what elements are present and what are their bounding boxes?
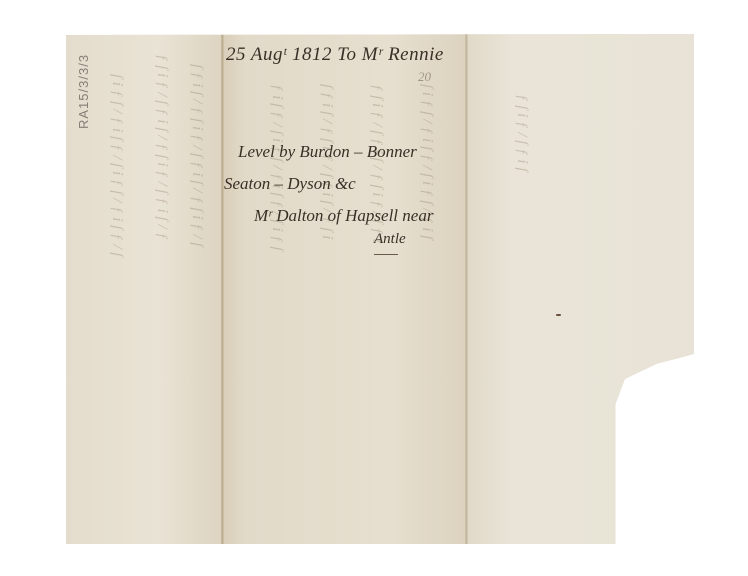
docket-note-line: Level by Burdon – Bonner [238, 142, 417, 162]
fold-crease-left [221, 34, 224, 544]
docket-heading: 25 Augᵗ 1812 To Mʳ Rennie [226, 44, 444, 66]
folio-number: 20 [418, 69, 431, 85]
right-fold-panel [466, 34, 694, 544]
docket-note-line: Mʳ Dalton of Hapsell near [254, 206, 433, 226]
underline-mark [374, 254, 398, 255]
bleed-through-script: ſ ỉ ƒ ſ / ƒ ỉ ſ ƒ / ſ ỉ ƒ ſ / ƒ ỉ ſ [416, 84, 438, 534]
bleed-through-script: ſ ỉ ƒ ſ / ƒ ỉ ſ ƒ / ſ ỉ ƒ ſ / ƒ ỉ ſ ƒ / … [106, 74, 128, 514]
letter-paper: ſ ỉ ƒ ſ / ƒ ỉ ſ ƒ / ſ ỉ ƒ ſ / ƒ ỉ ſ ƒ / … [66, 34, 694, 544]
fold-crease-right [465, 34, 468, 544]
docket-note-line: Seaton – Dyson &c [224, 174, 356, 194]
ink-speck [556, 314, 561, 316]
bleed-through-script: ƒ ſ ỉ ƒ / ſ ƒ ỉ ſ [511, 94, 533, 354]
bleed-through-script: ƒ ſ ỉ ƒ / ſ ƒ ỉ ſ / ƒ ſ ỉ ƒ / ſ ƒ ỉ ſ / … [151, 54, 173, 514]
docket-note-line: Antle [374, 231, 406, 248]
bleed-through-script: ſ ƒ ỉ ſ / ƒ ſ ỉ ƒ / ſ ƒ ỉ ſ / ƒ ſ ỉ ƒ / … [186, 64, 208, 524]
archive-reference: RA15/3/3/3 [76, 54, 91, 129]
